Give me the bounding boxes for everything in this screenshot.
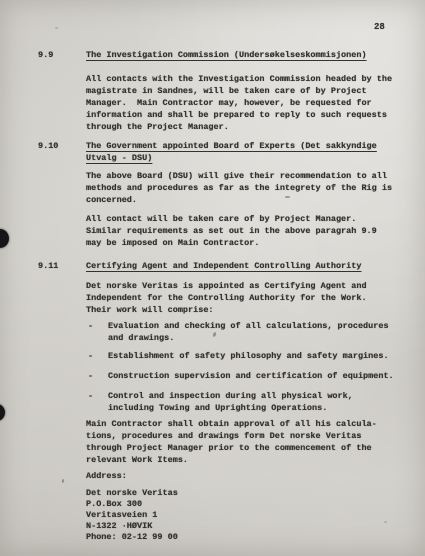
page-number: 28 xyxy=(374,21,385,33)
bullet-item: - Control and inspection during all phys… xyxy=(88,390,420,414)
paper-speck xyxy=(55,27,58,29)
bullet-text: Control and inspection during all physic… xyxy=(108,390,420,414)
bullet-dash: - xyxy=(88,370,108,382)
address-block: Det norske Veritas P.O.Box 300 Veritasve… xyxy=(86,488,418,543)
bullet-text: Construction supervision and certificati… xyxy=(108,370,420,382)
section-number-9-9: 9.9 xyxy=(38,49,78,61)
paper-speck xyxy=(62,479,65,483)
hole-punch-mark xyxy=(0,229,9,248)
bullet-item: - Construction supervision and certifica… xyxy=(88,370,420,382)
hole-punch-mark xyxy=(0,404,5,421)
section-number-9-11: 9.11 xyxy=(38,260,78,272)
bullet-text: Evaluation and checking of all calculati… xyxy=(108,320,420,344)
section-heading-9-9: The Investigation Commission (Undersøkel… xyxy=(86,49,416,61)
bullet-item: - Establishment of safety philosophy and… xyxy=(88,350,420,362)
section-9-11-paragraph-2: Main Contractor shall obtain approval of… xyxy=(86,418,418,466)
bullet-item: - Evaluation and checking of all calcula… xyxy=(88,320,420,344)
bullet-dash: - xyxy=(88,390,108,414)
scanned-document-page: 28 9.9 The Investigation Commission (Und… xyxy=(0,0,425,556)
bullet-text: Establishment of safety philosophy and s… xyxy=(108,350,420,362)
bullet-dash: - xyxy=(88,320,108,344)
section-number-9-10: 9.10 xyxy=(38,140,78,152)
section-heading-9-11: Certifying Agent and Independent Control… xyxy=(86,260,416,272)
address-label: Address: xyxy=(86,470,418,482)
section-9-10-paragraph-2: All contact will be taken care of by Pro… xyxy=(86,213,418,249)
section-9-11-paragraph-1: Det norske Veritas is appointed as Certi… xyxy=(86,280,418,316)
section-9-10-paragraph-1: The above Board (DSU) will give their re… xyxy=(86,170,418,206)
bullet-dash: - xyxy=(88,350,108,362)
section-9-9-paragraph: All contacts with the Investigation Comm… xyxy=(86,73,418,133)
section-heading-9-10: The Government appointed Board of Expert… xyxy=(86,140,416,164)
